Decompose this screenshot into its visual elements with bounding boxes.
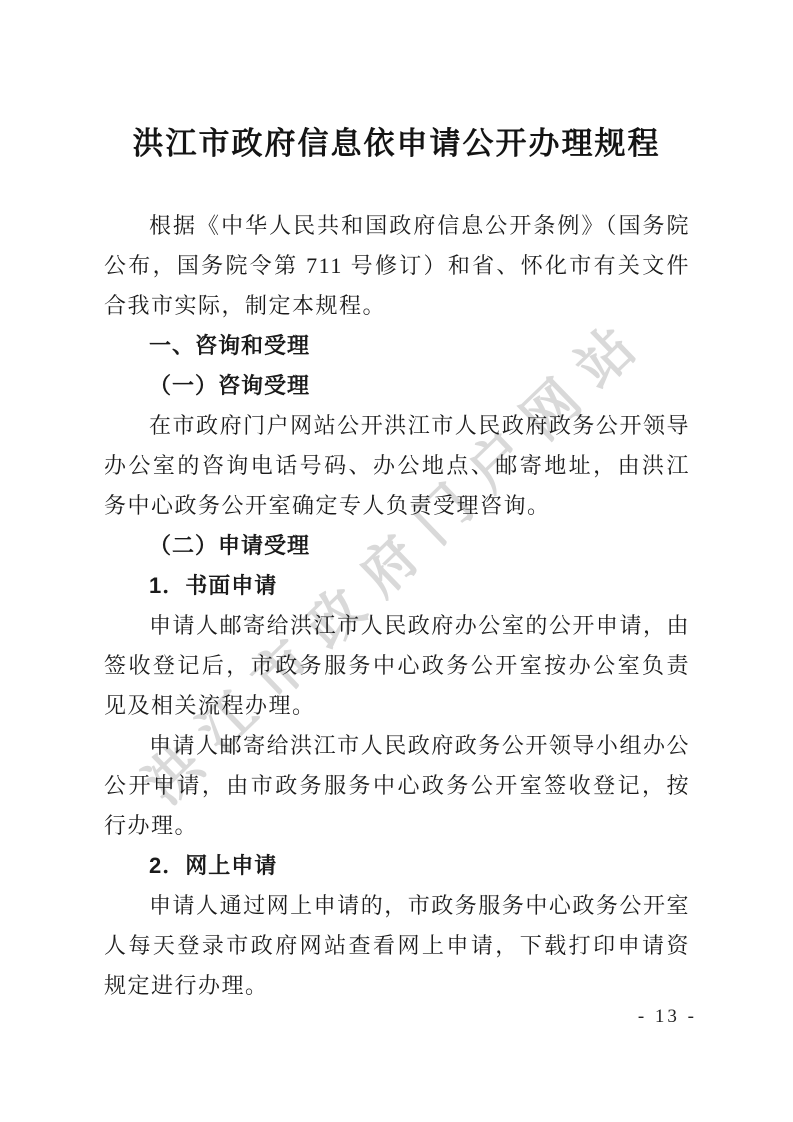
document-page: 洪江市政府门户网站 洪江市政府信息依申请公开办理规程 根据《中华人民共和国政府信… [0,0,793,1122]
document-title: 洪江市政府信息依申请公开办理规程 [0,124,793,164]
document-line: 办公室的咨询电话号码、办公地点、邮寄地址，由洪江市政务服 [104,446,690,486]
document-line: 规定进行办理。 [104,966,690,1006]
document-line: 务中心政务公开室确定专人负责受理咨询。 [104,486,690,526]
document-line: 签收登记后，市政务服务中心政务公开室按办公室负责人批示意 [104,646,690,686]
document-line: 见及相关流程办理。 [104,686,690,726]
document-line: 人每天登录市政府网站查看网上申请，下载打印申请资料，按照 [104,926,690,966]
document-line: 根据《中华人民共和国政府信息公开条例》（国务院令第 492 号 [104,206,690,246]
document-line: 2．网上申请 [104,846,690,886]
document-line: （一）咨询受理 [104,366,690,406]
document-line: 1．书面申请 [104,566,690,606]
document-line: 一、咨询和受理 [104,326,690,366]
document-line: 在市政府门户网站公开洪江市人民政府政务公开领导小组 [104,406,690,446]
document-line: 申请人邮寄给洪江市人民政府办公室的公开申请，由办公室 [104,606,690,646]
document-line: 公布，国务院令第 711 号修订）和省、怀化市有关文件规定，结 [104,246,690,286]
document-body: 根据《中华人民共和国政府信息公开条例》（国务院令第 492 号公布，国务院令第 … [104,206,690,1006]
document-line: 合我市实际，制定本规程。 [104,286,690,326]
document-line: 申请人邮寄给洪江市人民政府政务公开领导小组办公室的 [104,726,690,766]
page-number: - 13 - [638,1006,697,1028]
document-line: 申请人通过网上申请的，市政务服务中心政务公开室安排专 [104,886,690,926]
document-line: （二）申请受理 [104,526,690,566]
document-line: 行办理。 [104,806,690,846]
document-line: 公开申请，由市政务服务中心政务公开室签收登记，按照规定进 [104,766,690,806]
